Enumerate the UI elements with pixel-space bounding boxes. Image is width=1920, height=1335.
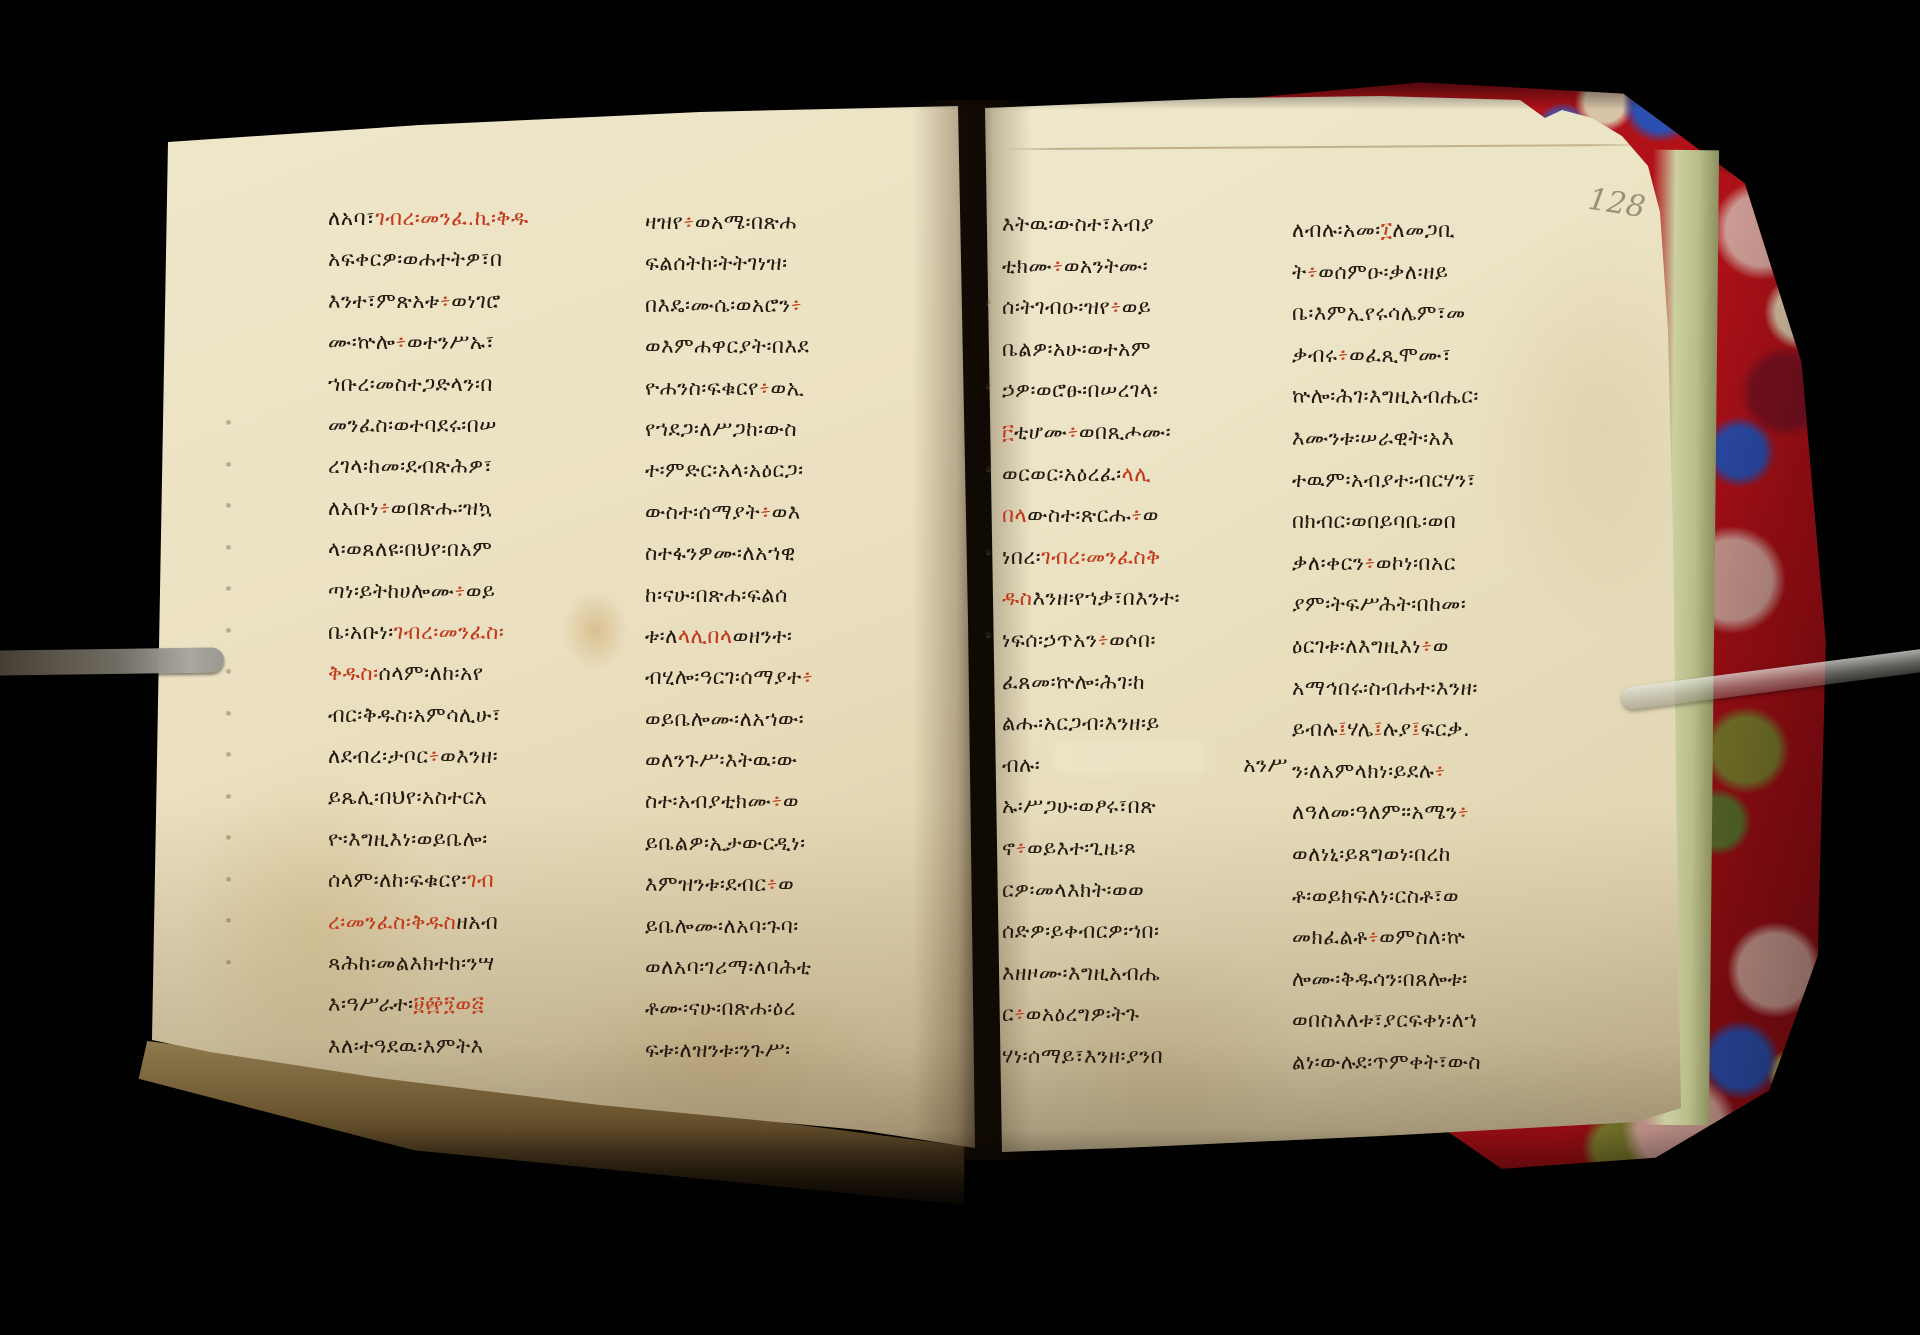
body-text: አንሥ bbox=[1243, 753, 1288, 778]
manuscript-line: ሃነ፡ሰማይ፣እንዘ፡ያንበ bbox=[1002, 1044, 1288, 1086]
body-text: ወፈጺሞሙ፣ bbox=[1349, 343, 1451, 368]
body-text: ስተፋንዎሙ፡ለአኀዊ bbox=[645, 541, 796, 566]
body-text: ወ bbox=[1433, 634, 1449, 659]
manuscript-line: ቃለ፡ቀርን፥ወኮነ፡በአር bbox=[1292, 551, 1588, 593]
body-text: ፍልሰትከ፡ትትገነዝ፡ bbox=[645, 251, 788, 276]
rubric-text: ፥ bbox=[1014, 1002, 1026, 1027]
body-text: ወምስለ፡ኵ bbox=[1379, 925, 1465, 950]
body-text: ብር፡ቅዱስ፡አምሳሊሁ፣ bbox=[328, 703, 501, 728]
rubric-text: ፥ bbox=[1052, 254, 1064, 279]
rubric-text: ፥ bbox=[1067, 420, 1079, 445]
rubric-text: ፤ bbox=[1412, 717, 1421, 742]
body-text: በክብር፡ወበይባቤ፡ወበ bbox=[1292, 509, 1456, 534]
rubric-text: ፫ bbox=[1002, 420, 1014, 445]
body-text: የኀደጋ፡ለሥጋከ፡ውስ bbox=[645, 417, 797, 442]
body-text: ኵሎ፡ሕገ፡እግዚአብሔር፡ bbox=[1292, 384, 1479, 409]
body-text: ወለአባ፡ገሪማ፡ለባሕቲ bbox=[645, 955, 811, 980]
body-text: ሰላም፡ለከ፡አየ bbox=[379, 661, 484, 686]
rubric-text: ፥ bbox=[1421, 634, 1433, 659]
manuscript-line: ቤ፡አቡነ፡ገብረ፡መንፈስ፡ bbox=[328, 620, 623, 661]
body-text: ይብሉ bbox=[1292, 717, 1338, 742]
body-text: እዘዞሙ፡እግዚአብሔ bbox=[1002, 961, 1160, 986]
rubric-text: ፥ bbox=[440, 289, 452, 314]
body-text: ቤልዎ፡አሁ፡ወተአም bbox=[1002, 337, 1151, 362]
manuscript-line: ዛዝየ፥ወአሜ፡በጽሐ bbox=[645, 210, 923, 251]
body-text: ስተ፡አብያቲክሙ bbox=[645, 789, 771, 814]
rubric-text: ረ፡መንፈስ፡ቅዱስ bbox=[328, 910, 456, 935]
pricking-hole bbox=[986, 632, 991, 637]
manuscript-line: አፍቀርዎ፡ወሐተትዎ፣በ bbox=[328, 247, 623, 288]
manuscript-line: እለ፡ተዓደዉ፡እምትእ bbox=[328, 1034, 623, 1075]
pricking-hole bbox=[986, 300, 991, 305]
rubric-text: ፥ bbox=[1131, 503, 1143, 528]
body-text: ፍቱ፡ለዝንቱ፡ንጉሥ፡ bbox=[645, 1038, 791, 1063]
rubric-text: ፥ bbox=[1434, 759, 1446, 784]
manuscript-line: ቲክሙ፥ወአንትሙ፡ bbox=[1002, 254, 1288, 296]
rubric-text: ፥ bbox=[802, 665, 814, 690]
manuscript-line: የኀደጋ፡ለሥጋከ፡ውስ bbox=[645, 417, 923, 458]
manuscript-line: እሙንቱ፡ሠራዊት፡አእ bbox=[1292, 426, 1588, 468]
manuscript-line: ብር፡ቅዱስ፡አምሳሊሁ፣ bbox=[328, 703, 623, 744]
rubric-text: ፥ bbox=[791, 293, 803, 318]
body-text: ልሑ፡አርጋብ፡እንዘ፡ይ bbox=[1002, 711, 1160, 736]
rubric-text: ፥ bbox=[1016, 836, 1028, 861]
pricking-hole bbox=[226, 877, 231, 882]
manuscript-line: ን፡ለአምላክነ፡ይደሉ፥ bbox=[1292, 759, 1588, 801]
body-text: ወአዕረግዎ፡ትጉ bbox=[1026, 1002, 1140, 1027]
rubric-text: ላሊ bbox=[1122, 462, 1151, 487]
body-text: ቤ፡እምኢየሩሳሌም፣መ bbox=[1292, 301, 1466, 326]
rubric-text: ፥ bbox=[429, 744, 441, 769]
pricking-hole bbox=[986, 549, 991, 554]
body-text: ቃለ፡ቀርን bbox=[1292, 551, 1364, 576]
body-text: ሉያ bbox=[1383, 717, 1412, 742]
manuscript-line: እ፡ዓሥራተ፡፱፼፺ወ፭ bbox=[328, 992, 623, 1033]
body-text: ለብሉ፡አመ፡ bbox=[1292, 218, 1381, 243]
body-text: ለዓለመ፡ዓለም።አሜን bbox=[1292, 800, 1458, 825]
pricking-hole bbox=[226, 669, 231, 674]
body-text: አማኅበሩ፡ስብሐተ፡እንዘ፡ bbox=[1292, 676, 1478, 701]
rubric-text: ፥ bbox=[1307, 260, 1319, 285]
body-text: ዛዝየ bbox=[645, 210, 683, 235]
pricking-hole bbox=[226, 835, 231, 840]
body-text: ር bbox=[1002, 1002, 1014, 1027]
manuscript-line: በእዴ፡ሙሴ፡ወአሮን፥ bbox=[645, 293, 923, 334]
body-text: ወይእተ፡ጊዜ፡ጾ bbox=[1027, 836, 1136, 861]
body-text: ወኢ bbox=[771, 376, 805, 401]
pricking-hole bbox=[226, 628, 231, 633]
body-text: ውስተ፡ሰማያት bbox=[645, 500, 760, 525]
manuscript-line: ኖ፥ወይእተ፡ጊዜ፡ጾ bbox=[1002, 836, 1288, 878]
manuscript-line: ልነ፡ውሉደ፡ጥምቀት፣ውስ bbox=[1292, 1050, 1588, 1092]
manuscript-line: ተዉም፡አብያተ፡ብርሃን፣ bbox=[1292, 468, 1588, 510]
body-text: ለአቡነ bbox=[328, 496, 379, 521]
manuscript-line: ይጼሊ፡በህየ፡አስተርአ bbox=[328, 785, 623, 826]
pricking-hole bbox=[226, 462, 231, 467]
body-text: ወ bbox=[778, 872, 794, 897]
body-text: ወእምሐዋርያት፡በእደ bbox=[645, 334, 809, 359]
body-text: ቲሆሙ bbox=[1014, 420, 1067, 445]
rubric-text: ፥ bbox=[1097, 628, 1109, 653]
body-text: ቲክሙ bbox=[1002, 254, 1052, 279]
manuscript-line: ተ፡ምድር፡አላ፡አዕርጋ፡ bbox=[645, 458, 923, 499]
manuscript-line: ያም፡ትፍሥሕት፡በከመ፡ bbox=[1292, 592, 1588, 634]
body-text: ወርወር፡አዕረፈ፡ bbox=[1002, 462, 1122, 487]
rubric-text: ዱስ bbox=[1002, 586, 1032, 611]
bottom-vignette bbox=[0, 1130, 1920, 1335]
body-text: ወአሜ፡በጽሐ bbox=[695, 210, 797, 235]
rubric-text: ፥ bbox=[454, 579, 466, 604]
manuscript-line: ወለአባ፡ገሪማ፡ለባሕቲ bbox=[645, 955, 923, 996]
manuscript-line: ቅዱስ፡ሰላም፡ለከ፡አየ bbox=[328, 661, 623, 702]
rubric-text: ቅዱስ፡ bbox=[328, 661, 379, 686]
body-text: ርዎ፡መላእክት፡ወወ bbox=[1002, 878, 1144, 903]
rubric-text: ፥ bbox=[1364, 551, 1376, 576]
manuscript-line: ይቤልዎ፡ኢታውርዲነ፡ bbox=[645, 831, 923, 872]
body-text: ወይ bbox=[1122, 295, 1152, 320]
manuscript-line: ወርወር፡አዕረፈ፡ላሊ bbox=[1002, 462, 1288, 504]
text-column-3: እትዉ፡ውስተ፣አብያቲክሙ፥ወአንትሙ፡ሰ፡ትገብዑ፡ዝየ፥ወይቤልዎ፡አሁ፡… bbox=[1002, 212, 1288, 1085]
manuscript-line: ኡ፡ሥጋሁ፡ወፆሩ፣በጽ bbox=[1002, 794, 1288, 836]
manuscript-line: እዘዞሙ፡እግዚአብሔ bbox=[1002, 961, 1288, 1003]
body-text: ወለነኒ፡ይጸግወነ፡በረከ bbox=[1292, 842, 1451, 867]
body-text: ወነገሮ bbox=[451, 289, 500, 314]
body-text: ቃብሩ bbox=[1292, 343, 1338, 368]
rubric-text: ገብረ፡መንፈ.ኪ፡ቅዱ bbox=[375, 206, 528, 231]
body-text: እትዉ፡ውስተ፣አብያ bbox=[1002, 212, 1154, 237]
manuscript-line: ረ፡መንፈስ፡ቅዱስዘአብ bbox=[328, 910, 623, 951]
manuscript-line: ወበስእለቱ፣ያርፍቀነ፡ለኀ bbox=[1292, 1008, 1588, 1050]
manuscript-line: ለአባ፣ገብረ፡መንፈ.ኪ፡ቅዱ bbox=[328, 206, 623, 247]
body-text: ን፡ለአምላክነ፡ይደሉ bbox=[1292, 759, 1434, 784]
rubric-text: ፥ bbox=[771, 789, 783, 814]
body-text: ለአባ፣ bbox=[328, 206, 375, 231]
manuscript-line: ለዓለመ፡ዓለም።አሜን፥ bbox=[1292, 800, 1588, 842]
manuscript-line: ኵሎ፡ሕገ፡እግዚአብሔር፡ bbox=[1292, 384, 1588, 426]
body-text: እምዝንቱ፡ደብር bbox=[645, 872, 767, 897]
manuscript-line: ቃብሩ፥ወፈጺሞሙ፣ bbox=[1292, 343, 1588, 385]
manuscript-line: ዱስእንዘ፡የኀቃ፣በእንተ፡ bbox=[1002, 586, 1288, 628]
body-text: ለመጋቢ bbox=[1392, 218, 1455, 243]
body-text: ከ፡ናሁ፡በጽሐ፡ፍልሰ bbox=[645, 583, 788, 608]
body-text: ፍርቃ. bbox=[1421, 717, 1471, 742]
rubric-text: ገብ bbox=[467, 868, 494, 893]
top-vignette bbox=[0, 0, 1920, 110]
pricking-hole bbox=[226, 918, 231, 923]
pricking-hole bbox=[226, 545, 231, 550]
manuscript-line: ዕርገቱ፡ለእግዚእነ፥ወ bbox=[1292, 634, 1588, 676]
manuscript-line: ስተፋንዎሙ፡ለአኀዊ bbox=[645, 541, 923, 582]
manuscript-line: ሰላም፡ለከ፡ፍቁርየ፡ገብ bbox=[328, 868, 623, 909]
body-text: ቱ፡ለ bbox=[645, 624, 678, 649]
manuscript-line: ለአቡነ፥ወበጽሑ፡ዝኳ bbox=[328, 496, 623, 537]
body-text: ወበጺሖሙ፡ bbox=[1079, 420, 1171, 445]
manuscript-line: እንተ፣ምጽአቱ፥ወነገሮ bbox=[328, 289, 623, 330]
pricking-hole bbox=[226, 586, 231, 591]
body-text: ወእንዘ፡ bbox=[440, 744, 498, 769]
manuscript-line: ይቤሎሙ፡ለአባ፡ጉባ፡ bbox=[645, 914, 923, 955]
rubric-text: ፥ bbox=[760, 500, 772, 525]
rubric-text: ፥ bbox=[759, 376, 771, 401]
pricking-hole bbox=[226, 503, 231, 508]
body-text: ዘአብ bbox=[456, 910, 498, 935]
body-text: ሃነ፡ሰማይ፣እንዘ፡ያንበ bbox=[1002, 1044, 1163, 1069]
body-text: ወይቤሎሙ፡ለአኀው፡ bbox=[645, 707, 804, 732]
manuscript-line: ጻሕከ፡መልእክተከ፡ንሣ bbox=[328, 951, 623, 992]
manuscript-line: ኃዎ፡ወሮፁ፡በሠረገላ፡ bbox=[1002, 378, 1288, 420]
manuscript-line: እምዝንቱ፡ደብር፥ወ bbox=[645, 872, 923, 913]
rubric-text: ገብረ፡መንፈስ፡ bbox=[394, 620, 505, 645]
rubric-text: ፱፼፺ወ፭ bbox=[413, 992, 484, 1017]
rubric-text: ፥ bbox=[379, 496, 391, 521]
body-text: አፍቀርዎ፡ወሐተትዎ፣በ bbox=[328, 247, 502, 272]
body-text: ት bbox=[1292, 260, 1307, 285]
body-text: ለደብረ፡ታቦር bbox=[328, 744, 429, 769]
left-ribbon bbox=[0, 647, 224, 675]
manuscript-line: ነፍሰ፡ኃጥአን፥ወሶበ፡ bbox=[1002, 628, 1288, 670]
manuscript-line: መንፈስ፡ወተባደሩ፡በሠ bbox=[328, 413, 623, 454]
manuscript-line: ብሂሎ፡ዓርገ፡ሰማያተ፥ bbox=[645, 665, 923, 706]
manuscript-line: ሎሙ፡ቅዱሳን፡በጸሎቱ፡ bbox=[1292, 967, 1588, 1009]
pricking-hole bbox=[226, 960, 231, 965]
manuscript-line: ልሑ፡አርጋብ፡እንዘ፡ይ bbox=[1002, 711, 1288, 753]
manuscript-line: ለብሉ፡አመ፡፲ለመጋቢ bbox=[1292, 218, 1588, 260]
body-text: መንፈስ፡ወተባደሩ፡በሠ bbox=[328, 413, 497, 438]
body-text: ይጼሊ፡በህየ፡አስተርአ bbox=[328, 785, 487, 810]
body-text: ዮ፡እግዚእነ፡ወይቤሎ፡ bbox=[328, 827, 488, 852]
rubric-text: ላሊበላ bbox=[678, 624, 733, 649]
manuscript-line: ከ፡ናሁ፡በጽሐ፡ፍልሰ bbox=[645, 583, 923, 624]
body-text: ወለንጉሥ፡እትዉ፡ው bbox=[645, 748, 797, 773]
manuscript-line: ር፥ወአዕረግዎ፡ትጉ bbox=[1002, 1002, 1288, 1044]
manuscript-line: ቶ፡ወይክፍለነ፡ርስቶ፣ወ bbox=[1292, 884, 1588, 926]
body-text: ኡ፡ሥጋሁ፡ወፆሩ፣በጽ bbox=[1002, 794, 1156, 819]
body-text: ወእ bbox=[772, 500, 801, 525]
manuscript-line: ዮሐንስ፡ፍቁርየ፥ወኢ bbox=[645, 376, 923, 417]
body-text: ተዉም፡አብያተ፡ብርሃን፣ bbox=[1292, 468, 1476, 493]
body-text: ጣነ፡ይትከሀሎሙ bbox=[328, 579, 454, 604]
text-column-4: ለብሉ፡አመ፡፲ለመጋቢት፥ወሰምዑ፡ቃለ፡ዘይቤ፡እምኢየሩሳሌም፣መቃብሩ፥… bbox=[1292, 218, 1588, 1091]
body-text: ቶሙ፡ናሁ፡በጽሐ፡ዕረ bbox=[645, 996, 796, 1021]
body-text: ሎሙ፡ቅዱሳን፡በጸሎቱ፡ bbox=[1292, 967, 1468, 992]
manuscript-line: አማኅበሩ፡ስብሐተ፡እንዘ፡ bbox=[1292, 676, 1588, 718]
body-text: እንዘ፡የኀቃ፣በእንተ፡ bbox=[1032, 586, 1179, 611]
manuscript-line: ፍልሰትከ፡ትትገነዝ፡ bbox=[645, 251, 923, 292]
body-text: ኀቡረ፡መስተጋድላን፡በ bbox=[328, 372, 493, 397]
body-text: ፈጸመ፡ኵሎ፡ሕገ፡ከ bbox=[1002, 670, 1145, 695]
pricking-hole bbox=[226, 794, 231, 799]
manuscript-line: በላውስተ፡ጽርሑ፥ወ bbox=[1002, 503, 1288, 545]
rubric-text: ፤ bbox=[1338, 717, 1347, 742]
manuscript-line: ለደብረ፡ታቦር፥ወእንዘ፡ bbox=[328, 744, 623, 785]
pricking-hole bbox=[986, 466, 991, 471]
pricking-hole bbox=[226, 711, 231, 716]
manuscript-line: ውስተ፡ሰማያት፥ወእ bbox=[645, 500, 923, 541]
rubric-text: ፥ bbox=[1338, 343, 1350, 368]
manuscript-line: ይብሉ፤ሃሌ፤ሉያ፤ፍርቃ. bbox=[1292, 717, 1588, 759]
body-text: ወሶበ፡ bbox=[1109, 628, 1156, 653]
body-text: እ፡ዓሥራተ፡ bbox=[328, 992, 413, 1017]
body-text: ወበጽሑ፡ዝኳ bbox=[391, 496, 493, 521]
rubric-text: ፲ bbox=[1381, 218, 1393, 243]
rubric-text: ፥ bbox=[1110, 295, 1122, 320]
body-text: ይቤሎሙ፡ለአባ፡ጉባ፡ bbox=[645, 914, 799, 939]
body-text: ተ፡ምድር፡አላ፡አዕርጋ፡ bbox=[645, 458, 804, 483]
manuscript-line: ሙ፡ኵሎ፥ወተንሥኡ፣ bbox=[328, 330, 623, 371]
manuscript-line: ቤልዎ፡አሁ፡ወተአም bbox=[1002, 337, 1288, 379]
manuscript-line: ስተ፡አብያቲክሙ፥ወ bbox=[645, 789, 923, 830]
manuscript-line: ረገላ፡ከመ፡ደብጽሕዎ፣ bbox=[328, 454, 623, 495]
rubric-text: ፤ bbox=[1374, 717, 1383, 742]
body-text: ቶ፡ወይክፍለነ፡ርስቶ፣ወ bbox=[1292, 884, 1459, 909]
manuscript-line: ሰ፡ትገብዑ፡ዝየ፥ወይ bbox=[1002, 295, 1288, 337]
manuscript-line: ቱ፡ለላሊበላወዘንተ፡ bbox=[645, 624, 923, 665]
manuscript-line: ፈጸመ፡ኵሎ፡ሕገ፡ከ bbox=[1002, 670, 1288, 712]
body-text: ረገላ፡ከመ፡ደብጽሕዎ፣ bbox=[328, 454, 493, 479]
manuscript-line: ፫ቲሆሙ፥ወበጺሖሙ፡ bbox=[1002, 420, 1288, 462]
text-column-1: ለአባ፣ገብረ፡መንፈ.ኪ፡ቅዱአፍቀርዎ፡ወሐተትዎ፣በእንተ፣ምጽአቱ፥ወነ… bbox=[328, 206, 623, 1075]
body-text: ዕርገቱ፡ለእግዚእነ bbox=[1292, 634, 1421, 659]
body-text: ወተንሥኡ፣ bbox=[407, 330, 495, 355]
body-text: በእዴ፡ሙሴ፡ወአሮን bbox=[645, 293, 791, 318]
body-text: እሙንቱ፡ሠራዊት፡አእ bbox=[1292, 426, 1454, 451]
body-text: ነፍሰ፡ኃጥአን bbox=[1002, 628, 1097, 653]
body-text: ብሉ፡ bbox=[1002, 753, 1040, 778]
manuscript-line: ዮ፡እግዚእነ፡ወይቤሎ፡ bbox=[328, 827, 623, 868]
manuscript-line: እትዉ፡ውስተ፣አብያ bbox=[1002, 212, 1288, 254]
manuscript-line: ወለንጉሥ፡እትዉ፡ው bbox=[645, 748, 923, 789]
manuscript-line: በክብር፡ወበይባቤ፡ወበ bbox=[1292, 509, 1588, 551]
body-text: ሰላም፡ለከ፡ፍቁርየ፡ bbox=[328, 868, 467, 893]
manuscript-line: ት፥ወሰምዑ፡ቃለ፡ዘይ bbox=[1292, 260, 1588, 302]
body-text: ላ፡ወጸለዩ፡በህየ፡በአም bbox=[328, 537, 492, 562]
body-text: ጻሕከ፡መልእክተከ፡ንሣ bbox=[328, 951, 495, 976]
manuscript-line: ርዎ፡መላእክት፡ወወ bbox=[1002, 878, 1288, 920]
body-text: ሙ፡ኵሎ bbox=[328, 330, 395, 355]
rubric-text: ፥ bbox=[683, 210, 695, 235]
pricking-hole bbox=[226, 752, 231, 757]
rubric-text: ፥ bbox=[767, 872, 779, 897]
manuscript-photo: ለአባ፣ገብረ፡መንፈ.ኪ፡ቅዱአፍቀርዎ፡ወሐተትዎ፣በእንተ፣ምጽአቱ፥ወነ… bbox=[0, 0, 1920, 1335]
manuscript-line: ብሉ፡አንሥ bbox=[1002, 753, 1288, 795]
body-text: ሰድዎ፡ይቀብርዎ፡ኀበ፡ bbox=[1002, 919, 1160, 944]
body-text: እለ፡ተዓደዉ፡እምትእ bbox=[328, 1034, 484, 1059]
body-text: ሃሌ bbox=[1347, 717, 1373, 742]
manuscript-line: ቤ፡እምኢየሩሳሌም፣መ bbox=[1292, 301, 1588, 343]
rubric-text: ገብረ፡መንፈስቅ bbox=[1041, 545, 1161, 570]
body-text: ወ bbox=[783, 789, 799, 814]
body-text: ይቤልዎ፡ኢታውርዲነ፡ bbox=[645, 831, 806, 856]
body-text: ወሰምዑ፡ቃለ፡ዘይ bbox=[1318, 260, 1448, 285]
manuscript-line: ነበረ፡ገብረ፡መንፈስቅ bbox=[1002, 545, 1288, 587]
body-text: ሰ፡ትገብዑ፡ዝየ bbox=[1002, 295, 1110, 320]
manuscript-line: ወለነኒ፡ይጸግወነ፡በረከ bbox=[1292, 842, 1588, 884]
manuscript-line: ፍቱ፡ለዝንቱ፡ንጉሥ፡ bbox=[645, 1038, 923, 1079]
body-text: ወበስእለቱ፣ያርፍቀነ፡ለኀ bbox=[1292, 1008, 1477, 1033]
manuscript-line: ላ፡ወጸለዩ፡በህየ፡በአም bbox=[328, 537, 623, 578]
body-text: መክፈልቶ bbox=[1292, 925, 1368, 950]
manuscript-line: መክፈልቶ፥ወምስለ፡ኵ bbox=[1292, 925, 1588, 967]
manuscript-line: ኀቡረ፡መስተጋድላን፡በ bbox=[328, 372, 623, 413]
body-text: ልነ፡ውሉደ፡ጥምቀት፣ውስ bbox=[1292, 1050, 1481, 1075]
body-text: እንተ፣ምጽአቱ bbox=[328, 289, 440, 314]
pricking-hole bbox=[226, 420, 231, 425]
body-text: ዮሐንስ፡ፍቁርየ bbox=[645, 376, 759, 401]
manuscript-line: ወእምሐዋርያት፡በእደ bbox=[645, 334, 923, 375]
rubric-text: ፥ bbox=[1458, 800, 1470, 825]
pricking-hole bbox=[986, 383, 991, 388]
body-text: ውስተ፡ጽርሑ bbox=[1027, 503, 1131, 528]
rubric-text: ፥ bbox=[395, 330, 407, 355]
manuscript-line: ወይቤሎሙ፡ለአኀው፡ bbox=[645, 707, 923, 748]
body-text: ወ bbox=[1143, 503, 1159, 528]
rubric-text: በላ bbox=[1002, 503, 1027, 528]
body-text: ወይ bbox=[466, 579, 496, 604]
rubric-text: ፥ bbox=[1368, 925, 1380, 950]
body-text: ኖ bbox=[1002, 836, 1016, 861]
body-text: ወአንትሙ፡ bbox=[1064, 254, 1148, 279]
manuscript-line: ቶሙ፡ናሁ፡በጽሐ፡ዕረ bbox=[645, 996, 923, 1037]
body-text: ወኮነ፡በአር bbox=[1376, 551, 1456, 576]
manuscript-line: ሰድዎ፡ይቀብርዎ፡ኀበ፡ bbox=[1002, 919, 1288, 961]
body-text: ብሂሎ፡ዓርገ፡ሰማያተ bbox=[645, 665, 802, 690]
body-text: ወዘንተ፡ bbox=[733, 624, 793, 649]
body-text: ያም፡ትፍሥሕት፡በከመ፡ bbox=[1292, 592, 1466, 617]
body-text: ቤ፡አቡነ፡ bbox=[328, 620, 394, 645]
body-text: ኃዎ፡ወሮፁ፡በሠረገላ፡ bbox=[1002, 378, 1158, 403]
body-text: ነበረ፡ bbox=[1002, 545, 1041, 570]
text-column-2: ዛዝየ፥ወአሜ፡በጽሐፍልሰትከ፡ትትገነዝ፡በእዴ፡ሙሴ፡ወአሮን፥ወእምሐዋ… bbox=[645, 210, 923, 1079]
manuscript-line: ጣነ፡ይትከሀሎሙ፥ወይ bbox=[328, 579, 623, 620]
